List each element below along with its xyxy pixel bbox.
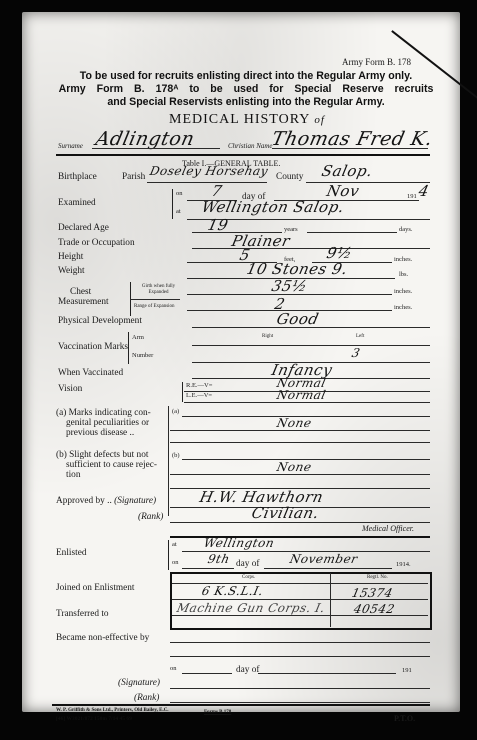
le-v-label: L.E.—V= [186, 392, 212, 399]
measurement-label: Measurement [58, 297, 109, 307]
vision-le-value: Normal [276, 388, 328, 402]
physical-development-label: Physical Development [58, 316, 142, 326]
weight-value: 10 Stones 9. [245, 260, 349, 278]
range-label: Range of Expansion [134, 304, 175, 309]
examined-at-label: at [176, 208, 181, 215]
vaccination-left-number-value: 3 [351, 346, 362, 360]
print-code: [46] W3021/872 150m 7/14 45 69 [56, 716, 132, 722]
non-effective-on-label: on [170, 665, 177, 672]
examined-year-label: 191 [407, 193, 417, 200]
non-effective-rank-label: (Rank) [134, 693, 159, 703]
trade-label: Trade or Occupation [58, 238, 135, 248]
christian-name-label: Christian Name [228, 142, 273, 150]
enlisted-year-value: 1914. [396, 561, 411, 568]
declared-age-label: Declared Age [58, 223, 109, 233]
marks-b-value: None [276, 460, 314, 474]
birthplace-label: Birthplace [58, 172, 97, 182]
christian-name-value: Thomas Fred K. [270, 128, 435, 150]
page-title: MEDICAL HISTORY of [169, 112, 325, 128]
examined-year-value: 4 [417, 182, 431, 200]
number-label: Number [132, 352, 153, 359]
when-vaccinated-label: When Vaccinated [58, 368, 123, 378]
joined-no-value: 15374 [351, 586, 395, 600]
form-number: Army Form B. 178 [342, 57, 411, 67]
parish-value: Doseley Horsehay [149, 164, 270, 178]
county-value: Salop. [320, 162, 374, 180]
corps-header: Corps. [242, 575, 255, 580]
approved-rank-value: Civilian. [250, 504, 321, 522]
re-v-label: R.E.—V= [186, 382, 212, 389]
transferred-to-label: Transferred to [56, 609, 109, 619]
approved-by-label: Approved by .. (Signature) [56, 496, 156, 506]
range-inches-label: inches. [394, 304, 412, 311]
chest-label: Chest [70, 287, 91, 297]
enlisted-label: Enlisted [56, 548, 86, 558]
days-label: days. [399, 226, 413, 233]
enlisted-at-label: at [172, 541, 177, 548]
transferred-no-value: 40542 [353, 602, 397, 616]
enlisted-month-value: November [289, 552, 359, 566]
county-label: County [276, 172, 303, 182]
surname-label: Surname [58, 142, 83, 150]
enlisted-on-label: on [172, 559, 179, 566]
pto-label: P.T.O. [394, 714, 415, 723]
non-effective-day-of-label: day of [236, 665, 260, 675]
surname-value: Adlington [94, 128, 197, 150]
joined-on-enlistment-label: Joined on Enlistment [56, 583, 135, 593]
right-label: Right [262, 334, 273, 339]
marks-b-label: (b) Slight defects but not sufficient to… [56, 450, 157, 480]
marks-a-label: (a) Marks indicating con- genital peculi… [56, 408, 151, 438]
printer-text: W. P. Griffith & Sons Ltd., Printers, Ol… [56, 708, 169, 713]
regtl-no-header: Regtl. No. [367, 575, 388, 580]
chest-girth-value: 35½ [270, 277, 309, 295]
girth-label: Girth when fully Expanded [136, 284, 181, 296]
instruction-line-1: To be used for recruits enlisting direct… [56, 70, 436, 83]
marks-a-value: None [276, 416, 314, 430]
examined-label: Examined [58, 198, 96, 208]
physical-development-value: Good [275, 310, 320, 328]
marks-a-prefix: (a) [172, 408, 179, 415]
lbs-label: lbs. [399, 271, 408, 278]
vision-label: Vision [58, 384, 82, 394]
parish-label: Parish [122, 172, 145, 182]
form-paper: Army Form B. 178 To be used for recruits… [22, 12, 460, 712]
medical-officer-label: Medical Officer. [362, 524, 414, 533]
girth-inches-label: inches. [394, 288, 412, 295]
enlisted-day-value: 9th [207, 552, 232, 566]
non-effective-year-label: 191 [402, 667, 412, 674]
joined-corps-value: 6 K.S.L.I. [201, 584, 265, 598]
instruction-line-3: and Special Reservists enlisting into th… [56, 96, 436, 109]
height-label: Height [58, 252, 83, 262]
approved-rank-label: (Rank) [138, 512, 163, 522]
enlisted-at-value: Wellington [203, 536, 276, 550]
vaccination-marks-label: Vaccination Marks [58, 342, 128, 352]
transferred-corps-value: Machine Gun Corps. I. [176, 601, 327, 615]
marks-b-prefix: (b) [172, 452, 180, 459]
enlisted-day-of-label: day of [236, 559, 260, 569]
examined-on-label: on [176, 190, 183, 197]
weight-label: Weight [58, 266, 85, 276]
instruction-line-2: Army Form B. 178ᴬ to be used for Special… [56, 83, 436, 96]
forms-stamp: Forms B.178 [204, 710, 231, 715]
non-effective-signature-label: (Signature) [118, 678, 160, 688]
left-label: Left [356, 334, 364, 339]
non-effective-label: Became non-effective by [56, 633, 149, 643]
height-inches-label: inches. [394, 256, 412, 263]
examined-at-value: Wellington Salop. [200, 198, 346, 216]
arm-label: Arm [132, 334, 144, 341]
